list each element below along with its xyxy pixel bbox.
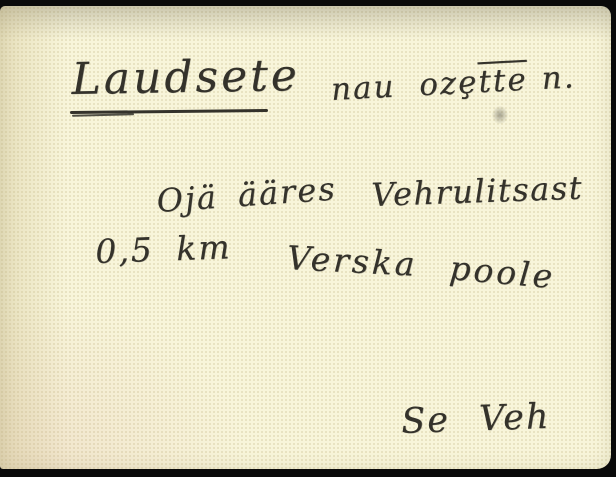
distance-note-direction: poole bbox=[448, 248, 557, 296]
phonetic-transcription: nau ozȩtten. bbox=[330, 59, 576, 108]
location-note-part2: Vehrulitsast bbox=[371, 169, 584, 214]
place-name-title: Laudsete bbox=[71, 50, 300, 105]
phonetic-tail: n. bbox=[541, 59, 577, 97]
title-underline-stub bbox=[72, 113, 134, 117]
archive-card: Laudsete nau ozȩtten. Ojä ääres Vehrulit… bbox=[0, 6, 611, 469]
location-note-part1: Ojä ääres bbox=[155, 170, 337, 220]
ink-blot bbox=[492, 106, 508, 124]
phonetic-overlined-segment: tte bbox=[478, 62, 529, 101]
distance-note-destination: Verska bbox=[286, 238, 419, 284]
distance-note-value: 0,5 km bbox=[95, 227, 233, 271]
parish-abbreviation: Se Veh bbox=[401, 397, 551, 442]
phonetic-lead: nau ozȩ bbox=[330, 64, 479, 108]
